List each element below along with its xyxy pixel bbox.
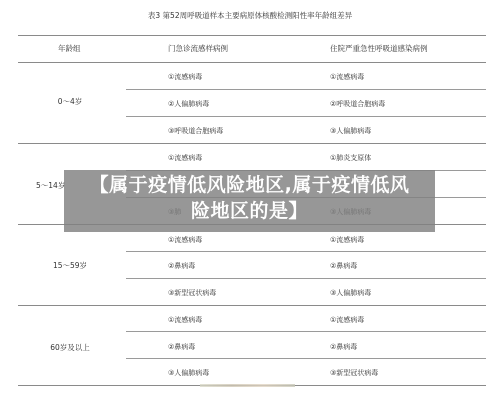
overlay-line-1: 【属于疫情低风险地区,属于疫情低风 — [64, 172, 435, 198]
outpatient-cell: ①流感病毒 — [168, 315, 202, 325]
outpatient-cell: ①流感病毒 — [168, 153, 202, 163]
table-title: 表3 第52周呼吸道样本主要病原体核酸检测阳性率年龄组差异 — [0, 10, 500, 21]
header-age-group: 年龄组 — [58, 43, 81, 54]
age-label: 60岁及以上 — [40, 342, 100, 353]
overlay-caption: 【属于疫情低风险地区,属于疫情低风 险地区的是】 — [64, 172, 435, 224]
outpatient-cell: ③人偏肺病毒 — [168, 368, 209, 378]
header-inpatient: 住院严重急性呼吸道感染病例 — [330, 43, 428, 54]
outpatient-cell: ①流感病毒 — [168, 72, 202, 82]
inpatient-cell: ②呼吸道合胞病毒 — [330, 99, 385, 109]
overlay-line-2: 险地区的是】 — [64, 198, 435, 224]
inpatient-cell: ①流感病毒 — [330, 235, 364, 245]
outpatient-cell: ①流感病毒 — [168, 235, 202, 245]
inpatient-cell: ③人偏肺病毒 — [330, 126, 371, 136]
row-divider — [126, 331, 486, 332]
row-divider — [126, 358, 486, 359]
outpatient-cell: ②鼻病毒 — [168, 261, 195, 271]
header-outpatient: 门急诊流感样病例 — [168, 43, 228, 54]
row-divider — [126, 278, 486, 279]
inpatient-cell: ③人偏肺病毒 — [330, 288, 371, 298]
age-label: 0～4岁 — [40, 96, 100, 107]
row-divider — [126, 89, 486, 90]
group-rule — [18, 143, 486, 144]
inpatient-cell: ②鼻病毒 — [330, 342, 357, 352]
row-divider — [126, 251, 486, 252]
outpatient-cell: ②人偏肺病毒 — [168, 99, 209, 109]
age-label: 15～59岁 — [40, 260, 100, 271]
image-artifact — [200, 384, 295, 387]
outpatient-cell: ③新型冠状病毒 — [168, 288, 216, 298]
header-bottom-rule — [18, 62, 486, 63]
table-top-rule — [18, 35, 486, 36]
outpatient-cell: ③呼吸道合胞病毒 — [168, 126, 223, 136]
inpatient-cell: ①流感病毒 — [330, 315, 364, 325]
inpatient-cell: ③新型冠状病毒 — [330, 368, 378, 378]
group-rule — [18, 305, 486, 306]
inpatient-cell: ①肺炎支原体 — [330, 153, 371, 163]
outpatient-cell: ②鼻病毒 — [168, 342, 195, 352]
inpatient-cell: ②鼻病毒 — [330, 261, 357, 271]
inpatient-cell: ①流感病毒 — [330, 72, 364, 82]
row-divider — [126, 116, 486, 117]
